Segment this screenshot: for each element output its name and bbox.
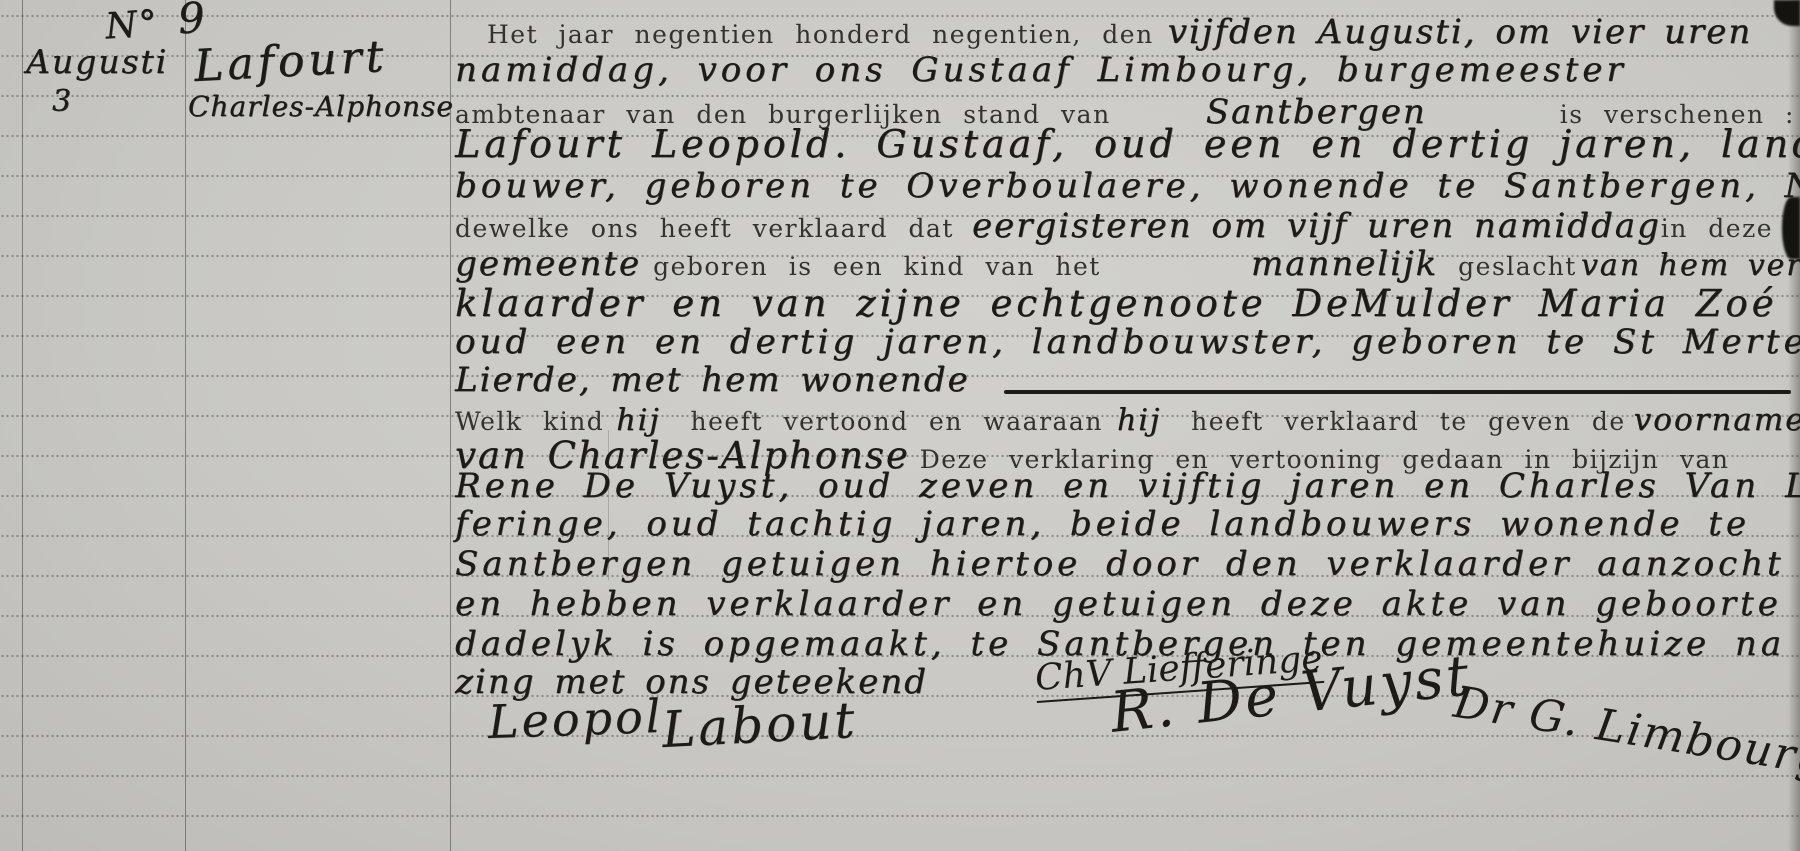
- act-line-6: dewelke ons heeft verklaard dat eergiste…: [455, 206, 1795, 248]
- handwritten-segment: Rene De Vuyst, oud zeven en vijftig jare…: [455, 466, 1800, 506]
- act-line-13: Rene De Vuyst, oud zeven en vijftig jare…: [455, 466, 1795, 508]
- act-line-4: Lafourt Leopold. Gustaaf, oud een en der…: [455, 122, 1795, 164]
- printed-segment: Het jaar negentien honderd negentien, de…: [487, 20, 1154, 49]
- handwritten-segment: hij: [1117, 403, 1161, 438]
- handwritten-segment: Lierde, met hem wonende: [455, 360, 970, 400]
- handwritten-segment: eergisteren om vijf uren namiddag: [972, 206, 1661, 246]
- handwritten-segment: voornamen: [1634, 402, 1800, 438]
- handwritten-segment: bouwer, geboren te Overboulaere, wonende…: [455, 166, 1800, 206]
- act-line-10: Lierde, met hem wonende: [455, 360, 1795, 402]
- handwritten-segment: van hem ver-: [1581, 248, 1800, 283]
- handwritten-segment: vijfden Augusti, om vier uren: [1168, 12, 1752, 52]
- margin-surname: Lafourt: [193, 31, 389, 92]
- printed-segment: in deze: [1661, 214, 1773, 243]
- act-line-9: oud een en dertig jaren, landbouwster, g…: [455, 322, 1795, 364]
- printed-segment: geslacht: [1458, 252, 1577, 281]
- handwritten-segment: oud een en dertig jaren, landbouwster, g…: [455, 322, 1800, 362]
- margin-rule-middle: [185, 0, 186, 851]
- signature-declarant-first: Leopol: [487, 689, 664, 749]
- act-line-1: Het jaar negentien honderd negentien, de…: [455, 12, 1795, 54]
- margin-rule-left: [22, 0, 23, 851]
- act-line-15: Santbergen getuigen hiertoe door den ver…: [455, 544, 1795, 586]
- margin-month: Augusti: [26, 42, 168, 81]
- act-line-16: en hebben verklaarder en getuigen deze a…: [455, 584, 1795, 626]
- birth-record-scan: N° 9 Augusti 3 Lafourt Charles-Alphonse …: [0, 0, 1800, 851]
- handwritten-segment: mannelijk: [1251, 244, 1438, 284]
- printed-segment: geboren is een kind van het: [653, 252, 1101, 281]
- act-line-14: feringe, oud tachtig jaren, beide landbo…: [455, 504, 1795, 546]
- act-number-value: 9: [176, 0, 208, 43]
- handwritten-segment: feringe, oud tachtig jaren, beide landbo…: [455, 504, 1750, 544]
- handwritten-segment: Lafourt Leopold. Gustaaf, oud een en der…: [455, 122, 1800, 166]
- blank-filler-line: [1004, 390, 1791, 394]
- handwritten-segment: hij: [616, 403, 660, 438]
- act-line-7: gemeente geboren is een kind van het man…: [455, 244, 1795, 286]
- printed-segment: Welk kind: [455, 407, 604, 436]
- printed-segment: heeft verklaard te geven de: [1191, 407, 1626, 436]
- handwritten-segment: en hebben verklaarder en getuigen deze a…: [455, 584, 1800, 624]
- handwritten-segment: gemeente: [455, 244, 641, 284]
- act-number-label: N°: [104, 3, 160, 48]
- margin-day: 3: [52, 84, 73, 119]
- handwritten-segment: namiddag, voor ons Gustaaf Limbourg, bur…: [455, 50, 1627, 90]
- handwritten-segment: Santbergen getuigen hiertoe door den ver…: [455, 544, 1785, 584]
- act-line-5: bouwer, geboren te Overboulaere, wonende…: [455, 166, 1795, 208]
- margin-given-names: Charles-Alphonse: [188, 90, 454, 123]
- act-line-2: namiddag, voor ons Gustaaf Limbourg, bur…: [455, 50, 1795, 92]
- handwritten-segment: klaarder en van zijne echtgenoote DeMuld…: [455, 282, 1778, 325]
- signature-declarant-last: Labout: [661, 691, 859, 759]
- act-line-8: klaarder en van zijne echtgenoote DeMuld…: [455, 282, 1795, 324]
- printed-segment: dewelke ons heeft verklaard dat: [455, 214, 954, 243]
- printed-segment: heeft vertoond en waaraan: [691, 407, 1103, 436]
- margin-rule-body: [450, 0, 451, 851]
